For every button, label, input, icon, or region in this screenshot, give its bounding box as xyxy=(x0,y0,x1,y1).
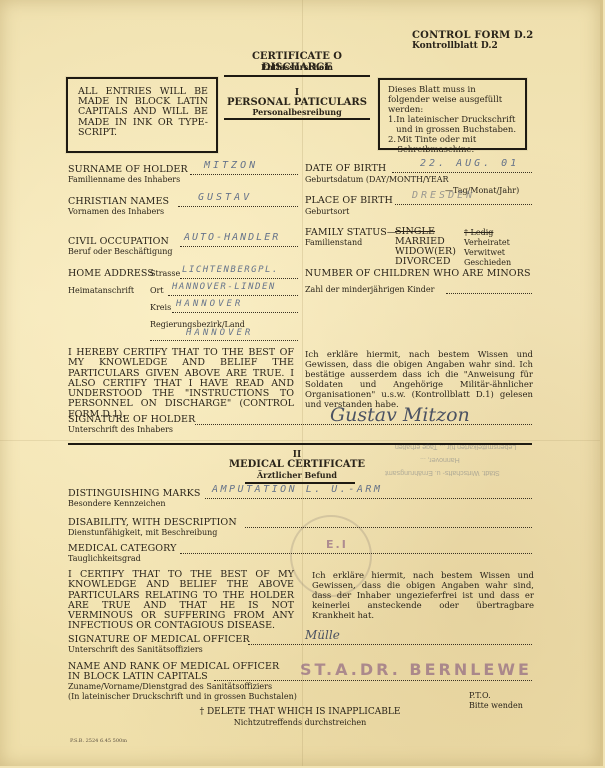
family-status-label-de: Familienstand xyxy=(305,238,362,247)
pto-label: P.T.O. xyxy=(469,691,491,700)
holder-certify-english: I HEREBY CERTIFY THAT TO THE BEST OF MY … xyxy=(68,348,294,420)
instructions-german: Dieses Blatt muss in folgender weise aus… xyxy=(380,80,525,155)
christian-names-field[interactable] xyxy=(178,206,298,207)
surname-label: SURNAME OF HOLDER xyxy=(68,164,188,175)
delete-note-de: Nichtzutreffends durchstreichen xyxy=(150,718,450,727)
place-of-birth-value: DRESDEN xyxy=(412,190,475,201)
medical-officer-name-label-de-2: (In lateinischer Druckschrift und in gro… xyxy=(68,692,297,701)
civil-occupation-label-de: Beruf oder Beschäftigung xyxy=(68,247,173,256)
section-2-title-de: Ärztlicher Befund xyxy=(222,470,372,480)
medical-officer-signature-field[interactable] xyxy=(248,644,532,645)
family-status-label: FAMILY STATUS— xyxy=(305,227,397,238)
medical-officer-name-field[interactable] xyxy=(214,680,532,681)
disability-field[interactable] xyxy=(245,527,532,528)
section-1-title-de: Personalbesreibung xyxy=(222,107,372,117)
medical-officer-signature-label-de: Unterschrift des Sanitätsoffiziers xyxy=(68,645,203,654)
bezirk-field[interactable] xyxy=(150,340,298,341)
place-of-birth-label: PLACE OF BIRTH xyxy=(305,195,393,206)
distinguishing-marks-value: AMPUTATION L. U.-ARM xyxy=(212,484,382,495)
instructions-english-text: ALL ENTRIES WILL BE MADE IN BLOCK LATIN … xyxy=(68,79,216,138)
medical-category-label-de: Tauglichkeitsgrad xyxy=(68,554,141,563)
medical-officer-signature-label: SIGNATURE OF MEDICAL OFFICER xyxy=(68,634,250,645)
holder-signature-label-de: Unterschrift des Inhabers xyxy=(68,425,173,434)
kreis-field[interactable] xyxy=(172,312,298,313)
print-code: P.S.B. 2524 6.45 500m xyxy=(70,738,127,744)
ghost-stamp-line-2: Hannover, ... xyxy=(420,456,460,463)
medical-category-label: MEDICAL CATEGORY xyxy=(68,543,176,554)
civil-occupation-field[interactable] xyxy=(180,246,298,247)
strasse-value: LICHTENBERGPL. xyxy=(182,265,279,275)
instructions-german-item-1: 1. In lateinischer Druckschrift und in g… xyxy=(388,115,519,135)
home-address-label-de: Heimatanschrift xyxy=(68,286,134,295)
kreis-label: Kreis xyxy=(150,303,171,312)
status-option-geschieden: Geschieden xyxy=(464,258,511,268)
surname-field[interactable] xyxy=(190,174,298,175)
place-of-birth-label-de: Geburtsort xyxy=(305,207,349,216)
status-option-divorced[interactable]: DIVORCED xyxy=(395,257,456,267)
date-of-birth-field[interactable] xyxy=(392,172,532,173)
holder-signature-label: SIGNATURE OF HOLDER xyxy=(68,414,195,425)
home-address-label: HOME ADDRESS xyxy=(68,268,154,279)
ghost-stamp-line-1: Lebensmittelkarten für ... Tage erhalten xyxy=(395,443,516,450)
family-status-options: SINGLE MARRIED WIDOW(ER) DIVORCED xyxy=(395,227,456,267)
medical-officer-name-label-2: IN BLOCK LATIN CAPITALS xyxy=(68,671,208,682)
control-form-label-de: Kontrollblatt D.2 xyxy=(412,41,498,51)
place-of-birth-field[interactable] xyxy=(395,204,532,205)
distinguishing-marks-field[interactable] xyxy=(205,498,532,499)
civil-occupation-label: CIVIL OCCUPATION xyxy=(68,236,169,247)
civil-occupation-value: AUTO-HANDLER xyxy=(184,232,280,243)
date-of-birth-value: 22. AUG. 01 xyxy=(420,158,519,169)
instructions-german-item-2: 2. Mit Tinte oder mit Schreibmaschine. xyxy=(388,135,519,155)
christian-names-label: CHRISTIAN NAMES xyxy=(68,196,169,207)
distinguishing-marks-label-de: Besondere Kennzeichen xyxy=(68,499,165,508)
holder-certify-german: Ich erkläre hiermit, nach bestem Wissen … xyxy=(305,350,533,410)
medical-officer-signature: Mülle xyxy=(305,628,340,642)
ghost-stamp-line-3: Städt. Wirtschafts- u. Ernährungsamt xyxy=(385,469,500,476)
control-form-label: CONTROL FORM D.2 xyxy=(412,30,533,41)
ort-value: HANNOVER-LINDEN xyxy=(172,282,276,292)
kreis-value: HANNOVER xyxy=(176,299,243,309)
instructions-box-english: ALL ENTRIES WILL BE MADE IN BLOCK LATIN … xyxy=(66,77,218,153)
section-2-title: MEDICAL CERTIFICATE xyxy=(222,459,372,470)
strasse-field[interactable] xyxy=(180,278,298,279)
title-rule xyxy=(224,75,370,77)
fold-crease-horizontal xyxy=(0,440,600,441)
pto-label-de: Bitte wenden xyxy=(469,701,523,710)
status-option-verheiratet: Verheiratet xyxy=(464,238,511,248)
document-title-de: Entlassurschein xyxy=(222,62,372,72)
christian-names-label-de: Vornamen des Inhabers xyxy=(68,207,164,216)
children-label-de: Zahl der minderjährigen Kinder xyxy=(305,285,434,294)
date-of-birth-label-de: Geburtsdatum (DAY/MONTH/YEAR xyxy=(305,175,449,184)
disability-label-de: Dienstunfähigkeit, mit Beschreibung xyxy=(68,528,217,537)
ort-field[interactable] xyxy=(168,295,298,296)
medical-officer-name-label-de-1: Zuname/Vorname/Dienstgrad des Sanitätsof… xyxy=(68,682,272,691)
status-option-verwitwet: Verwitwet xyxy=(464,248,511,258)
holder-signature: Gustav Mitzon xyxy=(330,404,470,426)
section-1-rule xyxy=(224,118,370,120)
children-field[interactable] xyxy=(446,293,532,294)
ort-label: Ort xyxy=(150,286,164,295)
strasse-label: Strasse xyxy=(150,269,180,278)
delete-note: † DELETE THAT WHICH IS INAPPLICABLE xyxy=(150,707,450,717)
date-of-birth-label: DATE OF BIRTH xyxy=(305,163,386,174)
medical-officer-name-stamp: ST.A.DR. BERNLEWE xyxy=(300,660,532,679)
medical-category-field[interactable] xyxy=(180,553,532,554)
instructions-german-intro: Dieses Blatt muss in folgender weise aus… xyxy=(388,85,519,115)
medical-certify-german: Ich erkläre hiermit, nach bestem Wissen … xyxy=(312,571,534,621)
instructions-box-german: Dieses Blatt muss in folgender weise aus… xyxy=(378,78,527,150)
christian-names-value: GUSTAV xyxy=(198,192,252,203)
surname-value: MITZON xyxy=(204,160,258,171)
medical-category-stamp: E.I xyxy=(326,538,348,551)
distinguishing-marks-label: DISTINGUISHING MARKS xyxy=(68,488,200,499)
family-status-options-de: † Ledig Verheiratet Verwitwet Geschieden xyxy=(464,228,511,268)
status-option-ledig: † Ledig xyxy=(464,228,511,238)
disability-label: DISABILITY, WITH DESCRIPTION xyxy=(68,517,237,528)
surname-label-de: Familienname des Inhabers xyxy=(68,175,180,184)
medical-certify-english: I CERTIFY THAT TO THE BEST OF MY KNOWLED… xyxy=(68,570,294,632)
bezirk-value: HANNOVER xyxy=(186,328,253,338)
children-label: NUMBER OF CHILDREN WHO ARE MINORS xyxy=(305,268,531,279)
